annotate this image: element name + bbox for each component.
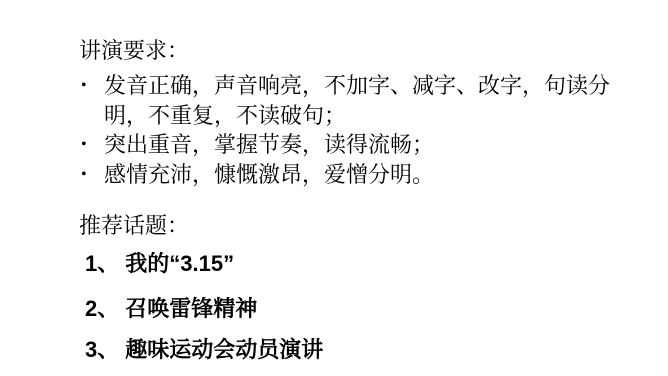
bullet-icon: •: [79, 160, 104, 190]
requirements-heading: 讲演要求：: [79, 36, 189, 66]
bullet-text: 突出重音，掌握节奏，读得流畅；: [104, 130, 639, 160]
topic-number: 1、: [85, 251, 119, 276]
bullet-text: 发音正确，声音响亮，不加字、减字、改字，句读分 明，不重复，不读破句；: [104, 71, 639, 130]
bullet-icon: •: [79, 71, 104, 101]
topic-text: 我的“3.15”: [125, 251, 234, 276]
bullet-icon: •: [79, 130, 104, 160]
bullet-line: 突出重音，掌握节奏，读得流畅；: [104, 130, 639, 160]
topic-item: 1、我的“3.15”: [85, 249, 234, 279]
bullet-line: 发音正确，声音响亮，不加字、减字、改字，句读分: [104, 71, 639, 101]
slide-canvas: 讲演要求： • 发音正确，声音响亮，不加字、减字、改字，句读分 明，不重复，不读…: [0, 0, 668, 376]
bullet-line: 感情充沛，慷慨激昂，爱憎分明。: [104, 160, 639, 190]
bullet-item: • 发音正确，声音响亮，不加字、减字、改字，句读分 明，不重复，不读破句；: [79, 71, 639, 130]
bullet-line: 明，不重复，不读破句；: [104, 101, 639, 131]
topics-heading: 推荐话题：: [79, 211, 189, 241]
topic-item: 2、召唤雷锋精神: [85, 294, 257, 324]
bullet-text: 感情充沛，慷慨激昂，爱憎分明。: [104, 160, 639, 190]
bullet-item: • 突出重音，掌握节奏，读得流畅；: [79, 130, 639, 160]
topic-number: 3、: [85, 337, 119, 362]
topic-item: 3、趣味运动会动员演讲: [85, 335, 323, 365]
topic-text: 趣味运动会动员演讲: [125, 337, 323, 362]
topic-text: 召唤雷锋精神: [125, 296, 257, 321]
bullet-item: • 感情充沛，慷慨激昂，爱憎分明。: [79, 160, 639, 190]
topic-number: 2、: [85, 296, 119, 321]
